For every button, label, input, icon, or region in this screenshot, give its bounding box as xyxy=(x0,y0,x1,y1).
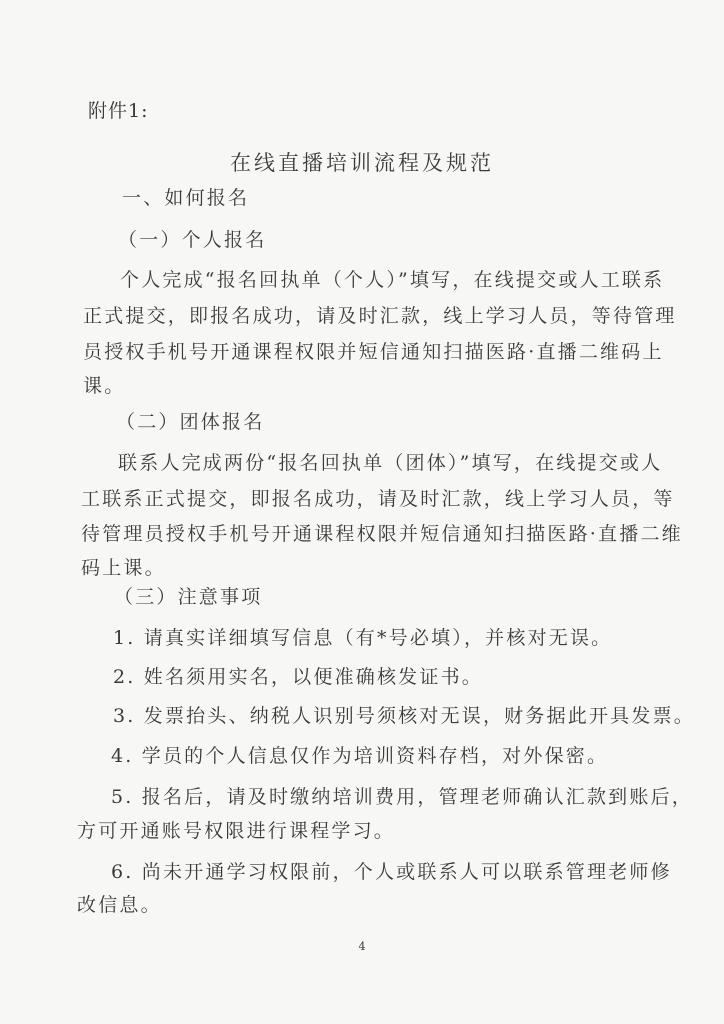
paragraph-line: 联系人完成两份“报名回执单（团体）”填写，在线提交或人 xyxy=(118,448,662,475)
paragraph-line: 待管理员授权手机号开通课程权限并短信通知扫描医路·直播二维 xyxy=(81,519,683,546)
subsection-heading-individual: （一）个人报名 xyxy=(118,225,266,252)
paragraph-line: 正式提交，即报名成功，请及时汇款，线上学习人员，等待管理 xyxy=(83,301,677,328)
note-item-6: 6. 尚未开通学习权限前，个人或联系人可以联系管理老师修 xyxy=(111,857,672,884)
paragraph-line: 工联系正式提交，即报名成功，请及时汇款，线上学习人员，等 xyxy=(81,484,675,511)
document-title: 在线直播培训流程及规范 xyxy=(0,147,724,177)
subsection-heading-notes: （三）注意事项 xyxy=(114,582,262,609)
note-item-3: 3. 发票抬头、纳税人识别号须核对无误，财务据此开具发票。 xyxy=(113,701,695,728)
page-number: 4 xyxy=(0,940,724,953)
note-item-5-continued: 方可开通账号权限进行课程学习。 xyxy=(77,816,395,843)
document-page: 附件1: 在线直播培训流程及规范 一、如何报名 （一）个人报名 个人完成“报名回… xyxy=(0,0,724,1024)
paragraph-line: 员授权手机号开通课程权限并短信通知扫描医路·直播二维码上 xyxy=(83,337,664,364)
paragraph-line: 课。 xyxy=(83,371,125,398)
section-heading-how-to-register: 一、如何报名 xyxy=(122,183,249,210)
note-item-2: 2. 姓名须用实名，以便准确核发证书。 xyxy=(113,662,483,689)
note-item-5: 5. 报名后，请及时缴纳培训费用，管理老师确认汇款到账后， xyxy=(111,782,693,809)
note-item-4: 4. 学员的个人信息仅作为培训资料存档，对外保密。 xyxy=(111,741,608,768)
attachment-label: 附件1: xyxy=(88,96,149,123)
paragraph-line: 个人完成“报名回执单（个人）”填写，在线提交或人工联系 xyxy=(120,265,664,292)
paragraph-line: 码上课。 xyxy=(81,553,166,580)
note-item-6-continued: 改信息。 xyxy=(77,890,162,917)
subsection-heading-group: （二）团体报名 xyxy=(116,407,264,434)
note-item-1: 1. 请真实详细填写信息（有*号必填），并核对无误。 xyxy=(113,623,612,650)
